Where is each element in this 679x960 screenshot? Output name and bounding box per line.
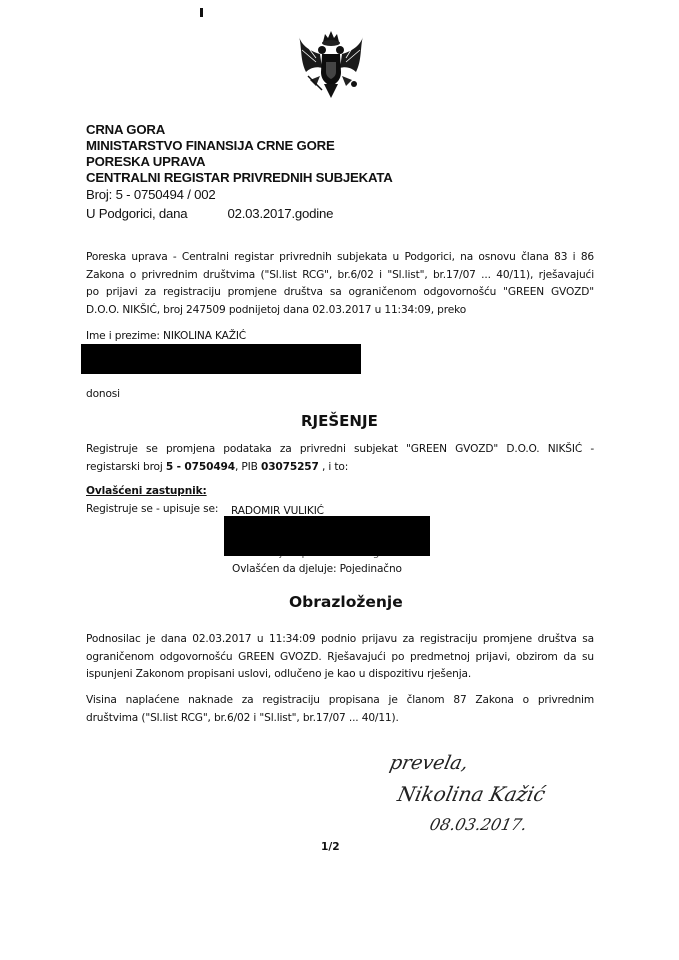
donosi-text: donosi (86, 386, 120, 404)
header-agency: PORESKA UPRAVA (86, 153, 205, 170)
place-date-line: U Podgorici, dana02.03.2017.godine (86, 205, 333, 222)
document-date: 02.03.2017.godine (227, 206, 333, 221)
decision-title: RJEŠENJE (301, 412, 378, 430)
authority-line: Ovlašćen da djeluje: Pojedinačno (232, 561, 402, 579)
document-number: Broj: 5 - 0750494 / 002 (86, 186, 216, 203)
intro-line: po prijavi za registraciju promjene druš… (86, 284, 594, 302)
reasoning-paragraph-2: Visina naplaćene naknade za registraciju… (86, 692, 594, 727)
reasoning-line: Podnosilac je dana 02.03.2017 u 11:34:09… (86, 631, 594, 649)
decision-line: Registruje se promjena podataka za privr… (86, 441, 594, 459)
register-label: Registruje se - upisuje se: (86, 501, 218, 519)
intro-line: Zakona o privrednim društvima ("Sl.list … (86, 267, 594, 285)
pib-number: 03075257 (261, 461, 319, 473)
line-suffix: , i to: (319, 461, 348, 473)
reg-number-label: registarski broj (86, 461, 166, 473)
decision-paragraph: Registruje se promjena podataka za privr… (86, 441, 594, 476)
section-heading-representative: Ovlašćeni zastupnik: (86, 483, 207, 501)
reasoning-line: ograničenom odgovornošću GREEN GVOZD. Rj… (86, 649, 594, 667)
coat-of-arms-icon (296, 28, 366, 100)
applicant-name: NIKOLINA KAŽIĆ (163, 330, 246, 342)
pib-label: , PIB (235, 461, 261, 473)
intro-line: Poreska uprava - Centralni registar priv… (86, 249, 594, 267)
intro-line: D.O.O. NIKŠIĆ, broj 247509 podnijetoj da… (86, 302, 594, 320)
document-page: CRNA GORA MINISTARSTVO FINANSIJA CRNE GO… (0, 0, 679, 960)
reasoning-line: društvima ("Sl.list RCG", br.6/02 i "Sl.… (86, 710, 594, 728)
header-registry: CENTRALNI REGISTAR PRIVREDNIH SUBJEKATA (86, 169, 393, 186)
reasoning-paragraph-1: Podnosilac je dana 02.03.2017 u 11:34:09… (86, 631, 594, 684)
handwritten-date: 08.03.2017. (428, 815, 529, 834)
page-number: 1/2 (321, 841, 340, 853)
applicant-label: Ime i prezime: (86, 330, 160, 342)
applicant-line: Ime i prezime: NIKOLINA KAŽIĆ (86, 328, 246, 346)
header-country: CRNA GORA (86, 121, 165, 138)
scan-artifact (200, 8, 203, 17)
reasoning-line: Visina naplaćene naknade za registraciju… (86, 692, 594, 710)
place-label: U Podgorici, dana (86, 206, 187, 221)
intro-paragraph: Poreska uprava - Centralni registar priv… (86, 249, 594, 319)
handwritten-note-translated: prevela, (388, 752, 471, 774)
decision-line: registarski broj 5 - 0750494, PIB 030752… (86, 459, 594, 477)
redaction-bar (224, 516, 430, 556)
registration-number: 5 - 0750494 (166, 461, 235, 473)
reasoning-title: Obrazloženje (289, 593, 403, 611)
handwritten-signature: Nikolina Kažić (395, 782, 547, 806)
redaction-bar (81, 344, 361, 374)
header-ministry: MINISTARSTVO FINANSIJA CRNE GORE (86, 137, 335, 154)
reasoning-line: ispunjeni Zakonom propisani uslovi, odlu… (86, 666, 594, 684)
